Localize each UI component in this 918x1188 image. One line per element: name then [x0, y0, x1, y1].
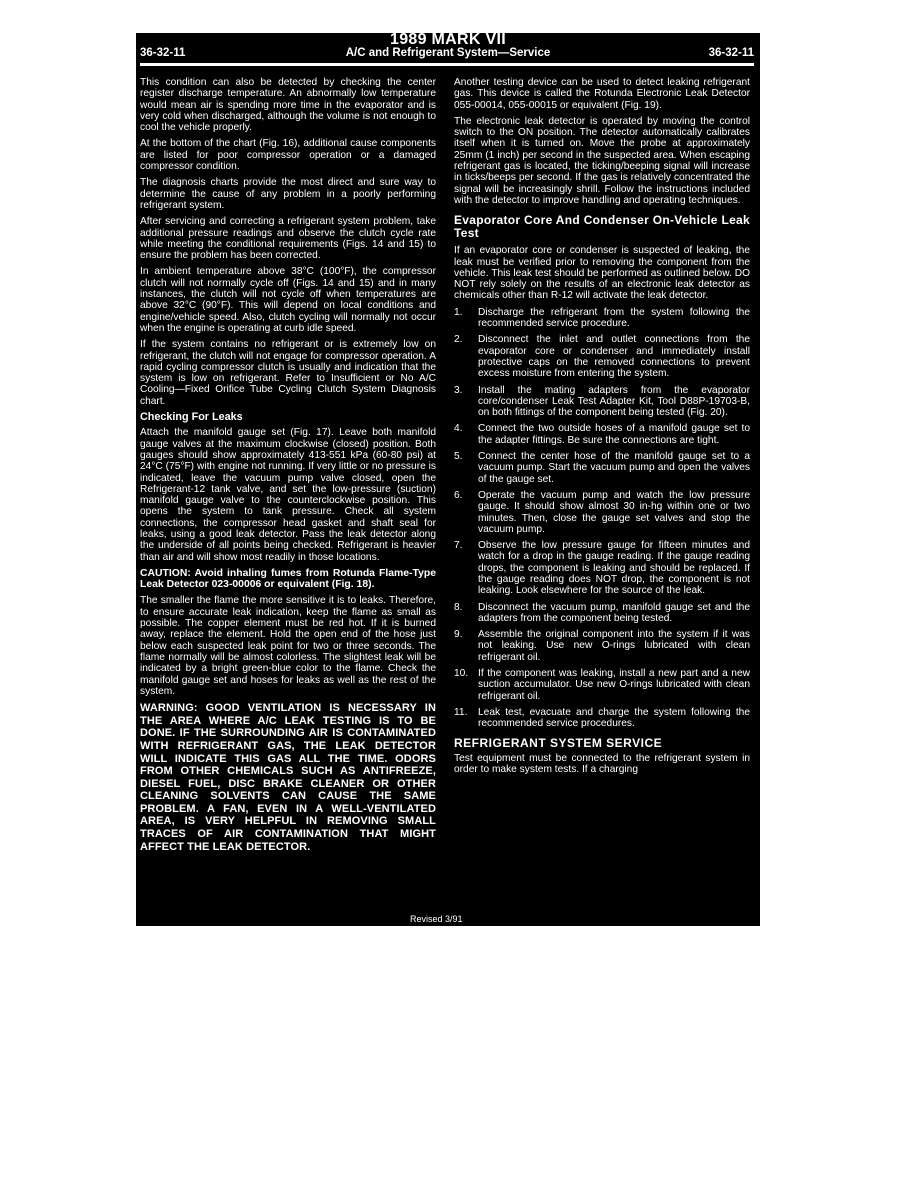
evaporator-leak-test-heading: Evaporator Core And Condenser On-Vehicle… [454, 214, 750, 240]
step-number: 6. [454, 490, 478, 535]
list-item: 9.Assemble the original component into t… [454, 629, 750, 663]
list-item: 8.Disconnect the vacuum pump, manifold g… [454, 602, 750, 625]
step-text: If the component was leaking, install a … [478, 668, 750, 702]
list-item: 7.Observe the low pressure gauge for fif… [454, 540, 750, 596]
step-number: 3. [454, 385, 478, 419]
checking-for-leaks-heading: Checking For Leaks [140, 412, 436, 423]
left-column: This condition can also be detected by c… [140, 77, 436, 853]
step-text: Connect the two outside hoses of a manif… [478, 423, 750, 446]
step-number: 4. [454, 423, 478, 446]
paragraph: At the bottom of the chart (Fig. 16), ad… [140, 138, 436, 172]
paragraph: In ambient temperature above 38°C (100°F… [140, 266, 436, 334]
step-number: 9. [454, 629, 478, 663]
step-text: Observe the low pressure gauge for fifte… [478, 540, 750, 596]
step-number: 8. [454, 602, 478, 625]
paragraph: The smaller the flame the more sensitive… [140, 595, 436, 697]
step-number: 1. [454, 307, 478, 330]
paragraph: Another testing device can be used to de… [454, 77, 750, 111]
refrigerant-system-service-heading: REFRIGERANT SYSTEM SERVICE [454, 738, 750, 749]
step-text: Leak test, evacuate and charge the syste… [478, 707, 750, 730]
section-title: A/C and Refrigerant System—Service [136, 47, 760, 59]
paragraph: If the system contains no refrigerant or… [140, 339, 436, 407]
paragraph: After servicing and correcting a refrige… [140, 216, 436, 261]
step-text: Assemble the original component into the… [478, 629, 750, 663]
paragraph: Attach the manifold gauge set (Fig. 17).… [140, 427, 436, 563]
warning-note: WARNING: GOOD VENTILATION IS NECESSARY I… [140, 702, 436, 853]
caution-note: CAUTION: Avoid inhaling fumes from Rotun… [140, 568, 436, 591]
list-item: 4.Connect the two outside hoses of a man… [454, 423, 750, 446]
step-text: Disconnect the inlet and outlet connecti… [478, 334, 750, 379]
step-text: Disconnect the vacuum pump, manifold gau… [478, 602, 750, 625]
list-item: 5.Connect the center hose of the manifol… [454, 451, 750, 485]
step-text: Connect the center hose of the manifold … [478, 451, 750, 485]
step-text: Install the mating adapters from the eva… [478, 385, 750, 419]
step-number: 5. [454, 451, 478, 485]
step-text: Discharge the refrigerant from the syste… [478, 307, 750, 330]
section-number-right: 36-32-11 [709, 47, 754, 59]
list-item: 2.Disconnect the inlet and outlet connec… [454, 334, 750, 379]
paragraph: This condition can also be detected by c… [140, 77, 436, 133]
list-item: 11.Leak test, evacuate and charge the sy… [454, 707, 750, 730]
list-item: 3.Install the mating adapters from the e… [454, 385, 750, 419]
leak-test-steps: 1.Discharge the refrigerant from the sys… [454, 307, 750, 730]
step-number: 7. [454, 540, 478, 596]
step-text: Operate the vacuum pump and watch the lo… [478, 490, 750, 535]
step-number: 11. [454, 707, 478, 730]
list-item: 6.Operate the vacuum pump and watch the … [454, 490, 750, 535]
paragraph: The diagnosis charts provide the most di… [140, 177, 436, 211]
step-number: 2. [454, 334, 478, 379]
list-item: 10.If the component was leaking, install… [454, 668, 750, 702]
step-number: 10. [454, 668, 478, 702]
paragraph: If an evaporator core or condenser is su… [454, 245, 750, 301]
right-column: Another testing device can be used to de… [454, 77, 750, 780]
list-item: 1.Discharge the refrigerant from the sys… [454, 307, 750, 330]
paragraph: Test equipment must be connected to the … [454, 753, 750, 776]
revision-note: Revised 3/91 [410, 914, 463, 924]
paragraph: The electronic leak detector is operated… [454, 116, 750, 206]
header-rule [140, 63, 754, 66]
document-page: 1989 MARK VII 36-32-11 A/C and Refrigera… [136, 33, 760, 926]
